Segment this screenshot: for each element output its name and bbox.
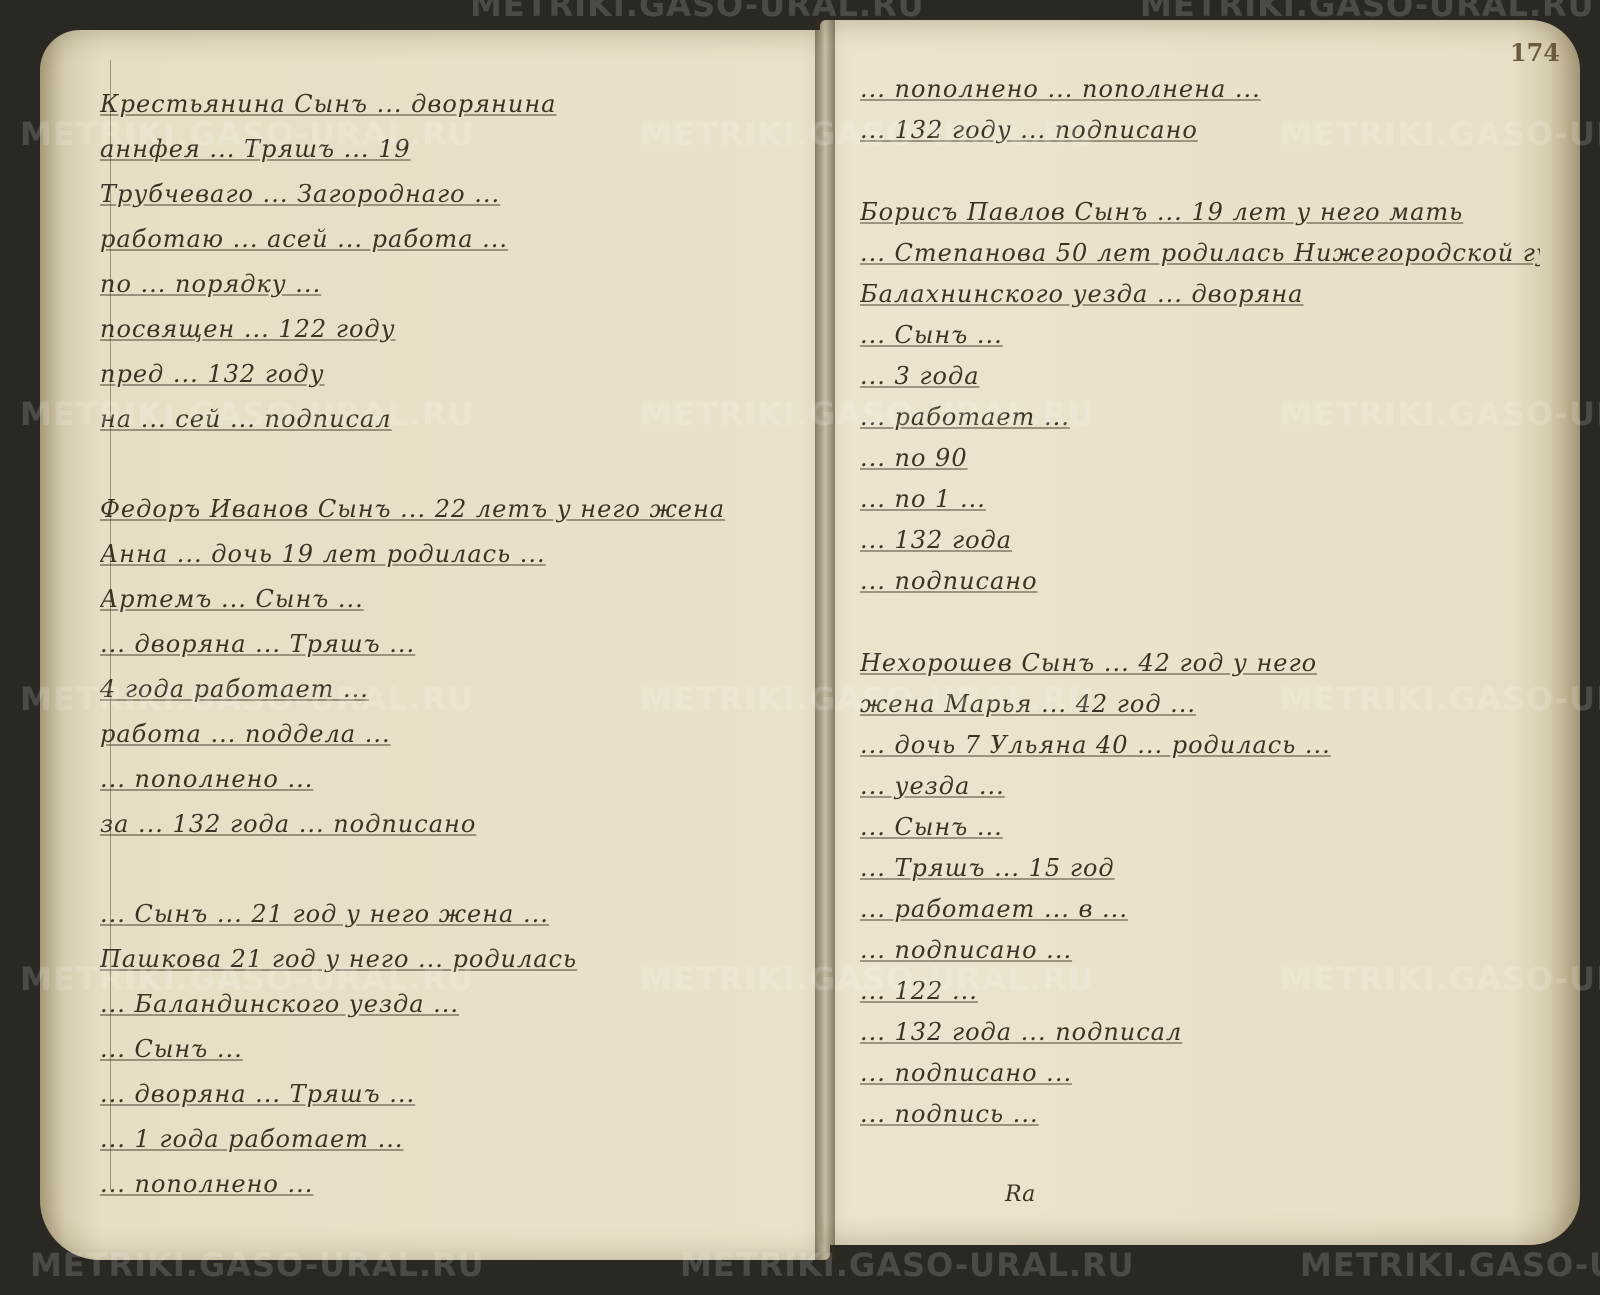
handwritten-line: по ... порядку ... (100, 270, 820, 300)
handwritten-line: ... 132 году ... подписано (860, 116, 1540, 146)
handwritten-line: ... Степанова 50 лет родилась Нижегородс… (860, 239, 1540, 269)
handwritten-line (100, 855, 820, 885)
handwritten-line: Трубчеваго ... Загороднаго ... (100, 180, 820, 210)
handwritten-line: Анна ... дочь 19 лет родилась ... (100, 540, 820, 570)
handwritten-line: Артемъ ... Сынъ ... (100, 585, 820, 615)
handwritten-line: ... Баландинского уезда ... (100, 990, 820, 1020)
handwritten-line: ... дворяна ... Тряшъ ... (100, 1080, 820, 1110)
left-page-text: Крестьянина Сынъ ... дворянинааннфея ...… (100, 30, 820, 1260)
handwritten-line: ... подпись ... (860, 1100, 1540, 1130)
handwritten-line: ... дворяна ... Тряшъ ... (100, 630, 820, 660)
handwritten-line: пред ... 132 году (100, 360, 820, 390)
handwritten-line: за ... 132 года ... подписано (100, 810, 820, 840)
handwritten-line: посвящен ... 122 году (100, 315, 820, 345)
handwritten-line: Крестьянина Сынъ ... дворянина (100, 90, 820, 120)
handwritten-line: ... подписано (860, 567, 1540, 597)
handwritten-line: ... Сынъ ... (860, 813, 1540, 843)
handwritten-line: на ... сей ... подписал (100, 405, 820, 435)
handwritten-line: Федоръ Иванов Сынъ ... 22 летъ у него же… (100, 495, 820, 525)
handwritten-line: ... подписано ... (860, 936, 1540, 966)
handwritten-line (100, 450, 820, 480)
handwritten-line: Борисъ Павлов Сынъ ... 19 лет у него мат… (860, 198, 1540, 228)
handwritten-line: ... пополнено ... пополнена ... (860, 75, 1540, 105)
handwritten-line: ... 132 года (860, 526, 1540, 556)
handwritten-line: ... подписано ... (860, 1059, 1540, 1089)
handwritten-line: ... пополнено ... (100, 1170, 820, 1200)
handwritten-line: ... работает ... в ... (860, 895, 1540, 925)
handwritten-line: ... 1 года работает ... (100, 1125, 820, 1155)
handwritten-line: жена Марья ... 42 год ... (860, 690, 1540, 720)
handwritten-line: работа ... поддела ... (100, 720, 820, 750)
handwritten-line: ... по 1 ... (860, 485, 1540, 515)
handwritten-line: ... Сынъ ... (860, 321, 1540, 351)
handwritten-line: Балахнинского уезда ... дворяна (860, 280, 1540, 310)
handwritten-line: ... работает ... (860, 403, 1540, 433)
book-gutter (815, 20, 835, 1260)
handwritten-line: Нехорошев Сынъ ... 42 год у него (860, 649, 1540, 679)
handwritten-line (860, 157, 1540, 187)
bottom-mark: Ra (1005, 1182, 1035, 1207)
handwritten-line: ... 3 года (860, 362, 1540, 392)
handwritten-line: ... 122 ... (860, 977, 1540, 1007)
handwritten-line: 4 года работает ... (100, 675, 820, 705)
handwritten-line: аннфея ... Тряшъ ... 19 (100, 135, 820, 165)
left-page: Крестьянина Сынъ ... дворянинааннфея ...… (40, 30, 830, 1260)
handwritten-line: ... пополнено ... (100, 765, 820, 795)
handwritten-line: ... Тряшъ ... 15 год (860, 854, 1540, 884)
right-page: 174 ... пополнено ... пополнена ...... 1… (820, 20, 1580, 1245)
handwritten-line: Пашкова 21 год у него ... родилась (100, 945, 820, 975)
handwritten-line: ... уезда ... (860, 772, 1540, 802)
handwritten-line: ... дочь 7 Ульяна 40 ... родилась ... (860, 731, 1540, 761)
book-spread: Крестьянина Сынъ ... дворянинааннфея ...… (40, 10, 1580, 1270)
handwritten-line: ... по 90 (860, 444, 1540, 474)
handwritten-line: работаю ... асей ... работа ... (100, 225, 820, 255)
handwritten-line (860, 608, 1540, 638)
handwritten-line: ... Сынъ ... (100, 1035, 820, 1065)
right-page-text: ... пополнено ... пополнена ...... 132 г… (860, 20, 1540, 1245)
handwritten-line: ... Сынъ ... 21 год у него жена ... (100, 900, 820, 930)
handwritten-line: ... 132 года ... подписал (860, 1018, 1540, 1048)
